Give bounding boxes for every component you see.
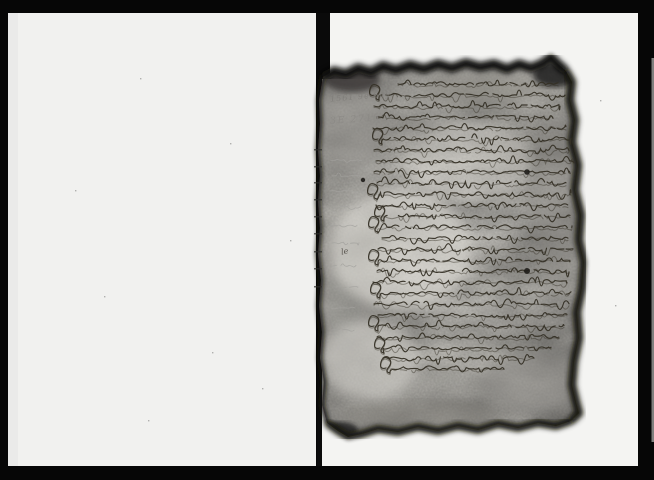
- gutter-tick: [314, 251, 322, 253]
- gutter-tick: [314, 149, 322, 151]
- gutter-shadow-top: [316, 13, 330, 79]
- manuscript-scan: 1561 9e 6ay 3E 2715 le: [0, 0, 654, 480]
- dust-speck: [75, 190, 76, 191]
- dust-speck: [148, 420, 149, 421]
- dust-speck: [600, 100, 601, 101]
- gutter-tick: [314, 286, 322, 288]
- dust-speck: [140, 78, 141, 79]
- hole-spot: [361, 178, 365, 182]
- gutter-tick: [314, 166, 322, 168]
- parchment-page: [310, 57, 600, 438]
- dust-speck: [212, 352, 213, 353]
- gutter-tick: [314, 233, 322, 235]
- dust-speck: [290, 240, 291, 241]
- gutter-tick: [314, 216, 322, 218]
- hole-spot: [524, 169, 530, 175]
- blank-verso-page: [8, 13, 316, 466]
- dust-speck: [230, 143, 231, 144]
- scan-image: [0, 0, 654, 480]
- gutter-tick: [314, 182, 322, 184]
- dust-speck: [262, 388, 263, 389]
- dust-speck: [104, 296, 105, 297]
- gutter-tick: [314, 268, 322, 270]
- gutter-tick: [314, 199, 322, 201]
- dust-speck: [615, 305, 616, 306]
- hole-spot: [524, 268, 530, 274]
- verso-edge-shading: [8, 13, 18, 466]
